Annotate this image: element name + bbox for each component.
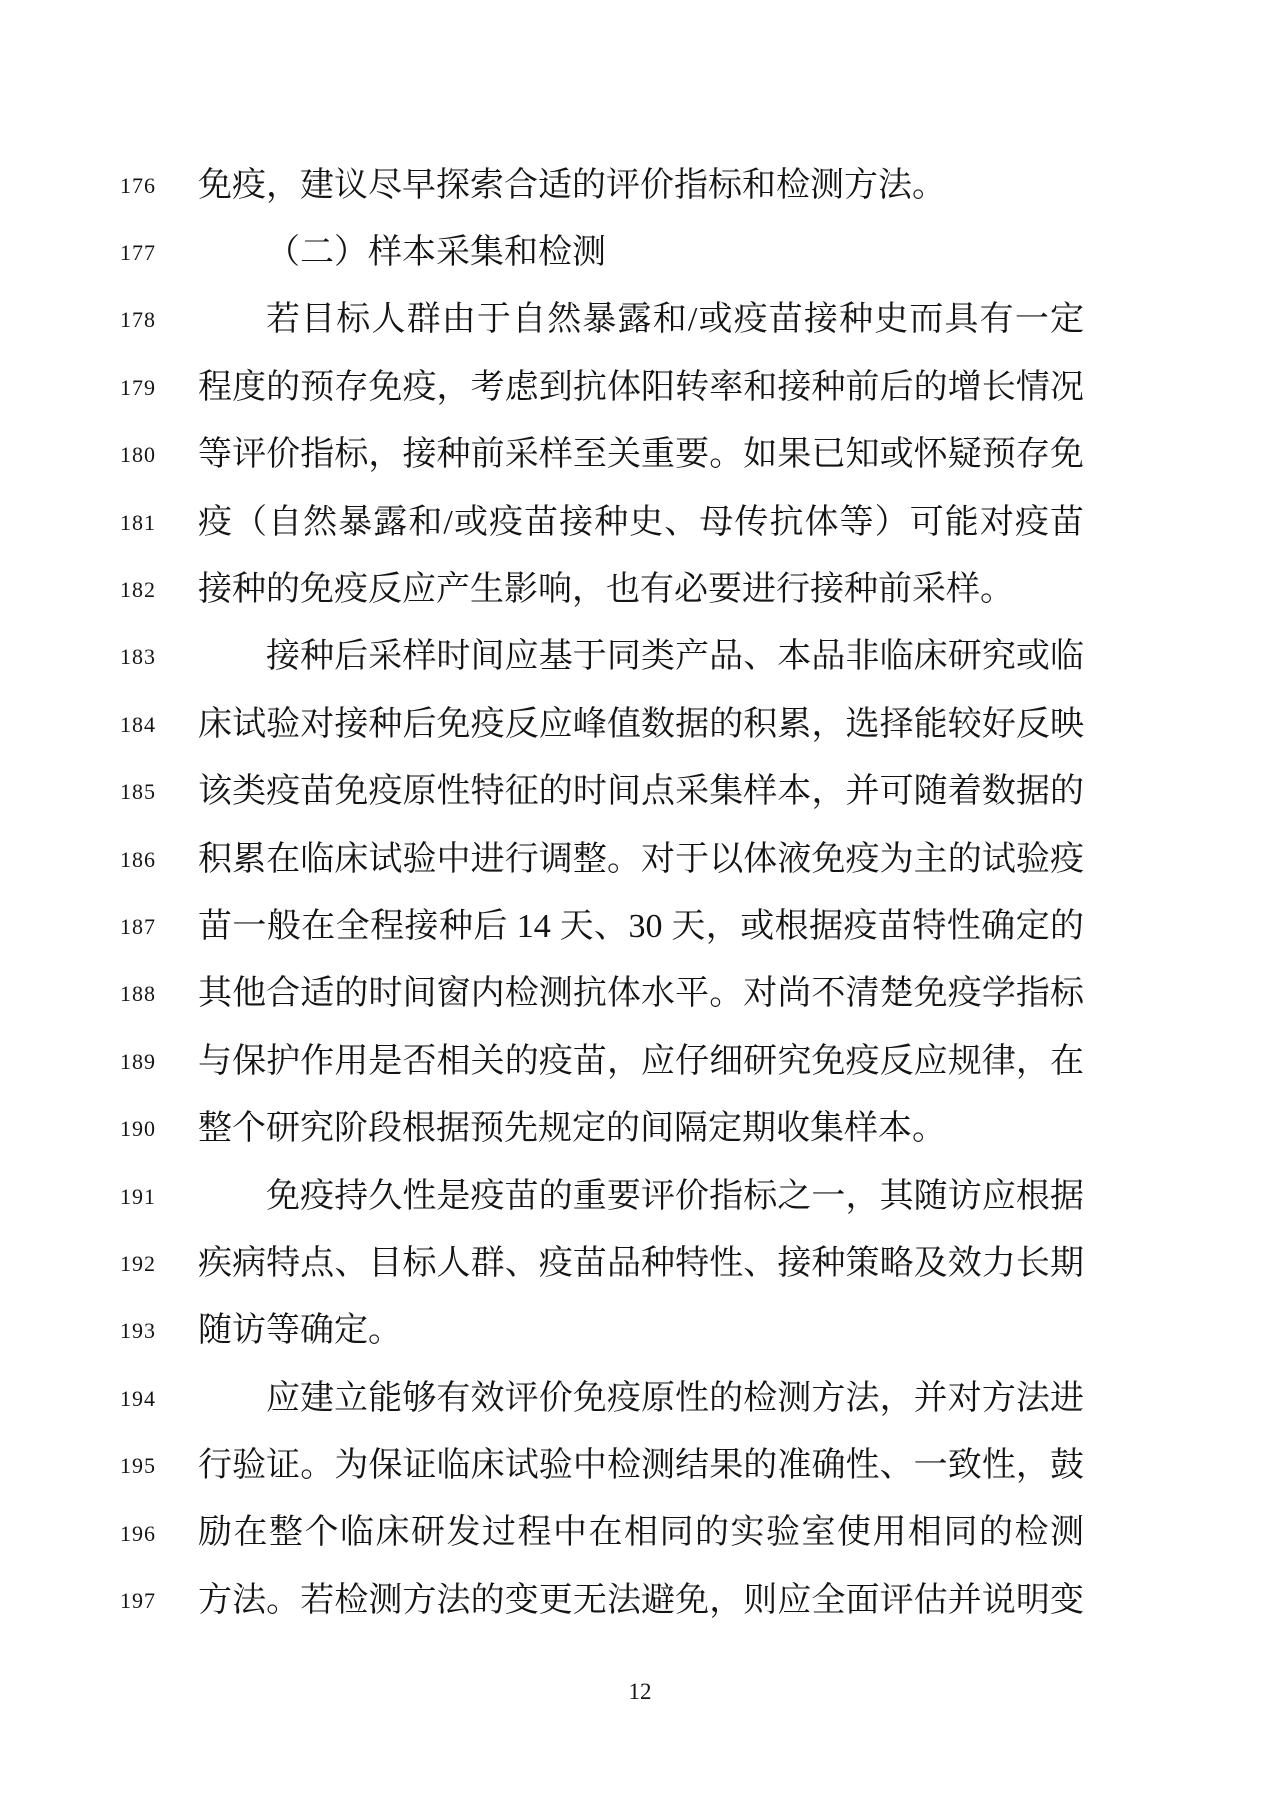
line-row: 190 整个研究阶段根据预先规定的间隔定期收集样本。: [0, 1095, 1280, 1162]
line-text: （二）样本采集和检测: [198, 234, 1084, 272]
line-text: 疫（自然暴露和/或疫苗接种史、母传抗体等）可能对疫苗: [198, 504, 1084, 542]
line-number: 186: [0, 847, 156, 873]
line-number: 180: [0, 442, 156, 468]
line-number: 178: [0, 307, 156, 333]
line-number: 189: [0, 1049, 156, 1075]
line-number: 187: [0, 914, 156, 940]
line-text: 等评价指标，接种前采样至关重要。如果已知或怀疑预存免: [198, 436, 1084, 474]
line-number: 196: [0, 1521, 156, 1547]
line-row: 192 疾病特点、目标人群、疫苗品种特性、接种策略及效力长期: [0, 1230, 1280, 1297]
line-text: 励在整个临床研发过程中在相同的实验室使用相同的检测: [198, 1514, 1084, 1552]
text-body: 176 免疫，建议尽早探索合适的评价指标和检测方法。 177 （二）样本采集和检…: [0, 152, 1280, 1635]
line-row: 196 励在整个临床研发过程中在相同的实验室使用相同的检测: [0, 1500, 1280, 1567]
page-number: 12: [0, 1676, 1280, 1708]
line-text: 与保护作用是否相关的疫苗，应仔细研究免疫反应规律，在: [198, 1043, 1084, 1081]
line-text: 接种后采样时间应基于同类产品、本品非临床研究或临: [198, 638, 1084, 676]
line-number: 197: [0, 1588, 156, 1614]
line-number: 195: [0, 1453, 156, 1479]
line-number: 182: [0, 577, 156, 603]
line-number: 176: [0, 173, 156, 199]
line-row: 183 接种后采样时间应基于同类产品、本品非临床研究或临: [0, 624, 1280, 691]
line-row: 181 疫（自然暴露和/或疫苗接种史、母传抗体等）可能对疫苗: [0, 489, 1280, 556]
line-text: 方法。若检测方法的变更无法避免，则应全面评估并说明变: [198, 1582, 1084, 1620]
line-number: 191: [0, 1184, 156, 1210]
line-text: 应建立能够有效评价免疫原性的检测方法，并对方法进: [198, 1380, 1084, 1418]
line-number: 184: [0, 712, 156, 738]
line-text: 程度的预存免疫，考虑到抗体阳转率和接种前后的增长情况: [198, 369, 1084, 407]
line-row: 193 随访等确定。: [0, 1298, 1280, 1365]
line-row: 187 苗一般在全程接种后 14 天、30 天，或根据疫苗特性确定的: [0, 893, 1280, 960]
line-row: 194 应建立能够有效评价免疫原性的检测方法，并对方法进: [0, 1365, 1280, 1432]
line-row: 197 方法。若检测方法的变更无法避免，则应全面评估并说明变: [0, 1567, 1280, 1634]
line-text: 该类疫苗免疫原性特征的时间点采集样本，并可随着数据的: [198, 773, 1084, 811]
line-number: 183: [0, 644, 156, 670]
line-text: 疾病特点、目标人群、疫苗品种特性、接种策略及效力长期: [198, 1245, 1084, 1283]
line-text: 随访等确定。: [198, 1312, 1084, 1350]
line-number: 194: [0, 1386, 156, 1412]
line-row: 184 床试验对接种后免疫反应峰值数据的积累，选择能较好反映: [0, 691, 1280, 758]
line-text: 床试验对接种后免疫反应峰值数据的积累，选择能较好反映: [198, 706, 1084, 744]
line-number: 192: [0, 1251, 156, 1277]
line-row: 180 等评价指标，接种前采样至关重要。如果已知或怀疑预存免: [0, 422, 1280, 489]
line-row: 186 积累在临床试验中进行调整。对于以体液免疫为主的试验疫: [0, 826, 1280, 893]
line-text: 积累在临床试验中进行调整。对于以体液免疫为主的试验疫: [198, 841, 1084, 879]
line-text: 其他合适的时间窗内检测抗体水平。对尚不清楚免疫学指标: [198, 975, 1084, 1013]
line-text: 免疫，建议尽早探索合适的评价指标和检测方法。: [198, 167, 1084, 205]
line-row: 185 该类疫苗免疫原性特征的时间点采集样本，并可随着数据的: [0, 759, 1280, 826]
line-text: 行验证。为保证临床试验中检测结果的准确性、一致性，鼓: [198, 1447, 1084, 1485]
line-row: 188 其他合适的时间窗内检测抗体水平。对尚不清楚免疫学指标: [0, 961, 1280, 1028]
line-number: 188: [0, 981, 156, 1007]
line-number: 181: [0, 510, 156, 536]
line-text: 接种的免疫反应产生影响，也有必要进行接种前采样。: [198, 571, 1084, 609]
line-text: 苗一般在全程接种后 14 天、30 天，或根据疫苗特性确定的: [198, 908, 1084, 946]
line-row: 176 免疫，建议尽早探索合适的评价指标和检测方法。: [0, 152, 1280, 219]
line-row: 182 接种的免疫反应产生影响，也有必要进行接种前采样。: [0, 556, 1280, 623]
line-number: 177: [0, 240, 156, 266]
line-number: 190: [0, 1116, 156, 1142]
document-page: 176 免疫，建议尽早探索合适的评价指标和检测方法。 177 （二）样本采集和检…: [0, 0, 1280, 1810]
line-row: 179 程度的预存免疫，考虑到抗体阳转率和接种前后的增长情况: [0, 354, 1280, 421]
line-number: 185: [0, 779, 156, 805]
line-row: 189 与保护作用是否相关的疫苗，应仔细研究免疫反应规律，在: [0, 1028, 1280, 1095]
line-text: 整个研究阶段根据预先规定的间隔定期收集样本。: [198, 1110, 1084, 1148]
line-row: 177 （二）样本采集和检测: [0, 219, 1280, 286]
line-row: 178 若目标人群由于自然暴露和/或疫苗接种史而具有一定: [0, 287, 1280, 354]
line-number: 193: [0, 1318, 156, 1344]
line-number: 179: [0, 375, 156, 401]
line-text: 若目标人群由于自然暴露和/或疫苗接种史而具有一定: [198, 301, 1084, 339]
line-row: 191 免疫持久性是疫苗的重要评价指标之一，其随访应根据: [0, 1163, 1280, 1230]
line-row: 195 行验证。为保证临床试验中检测结果的准确性、一致性，鼓: [0, 1432, 1280, 1499]
line-text: 免疫持久性是疫苗的重要评价指标之一，其随访应根据: [198, 1178, 1084, 1216]
